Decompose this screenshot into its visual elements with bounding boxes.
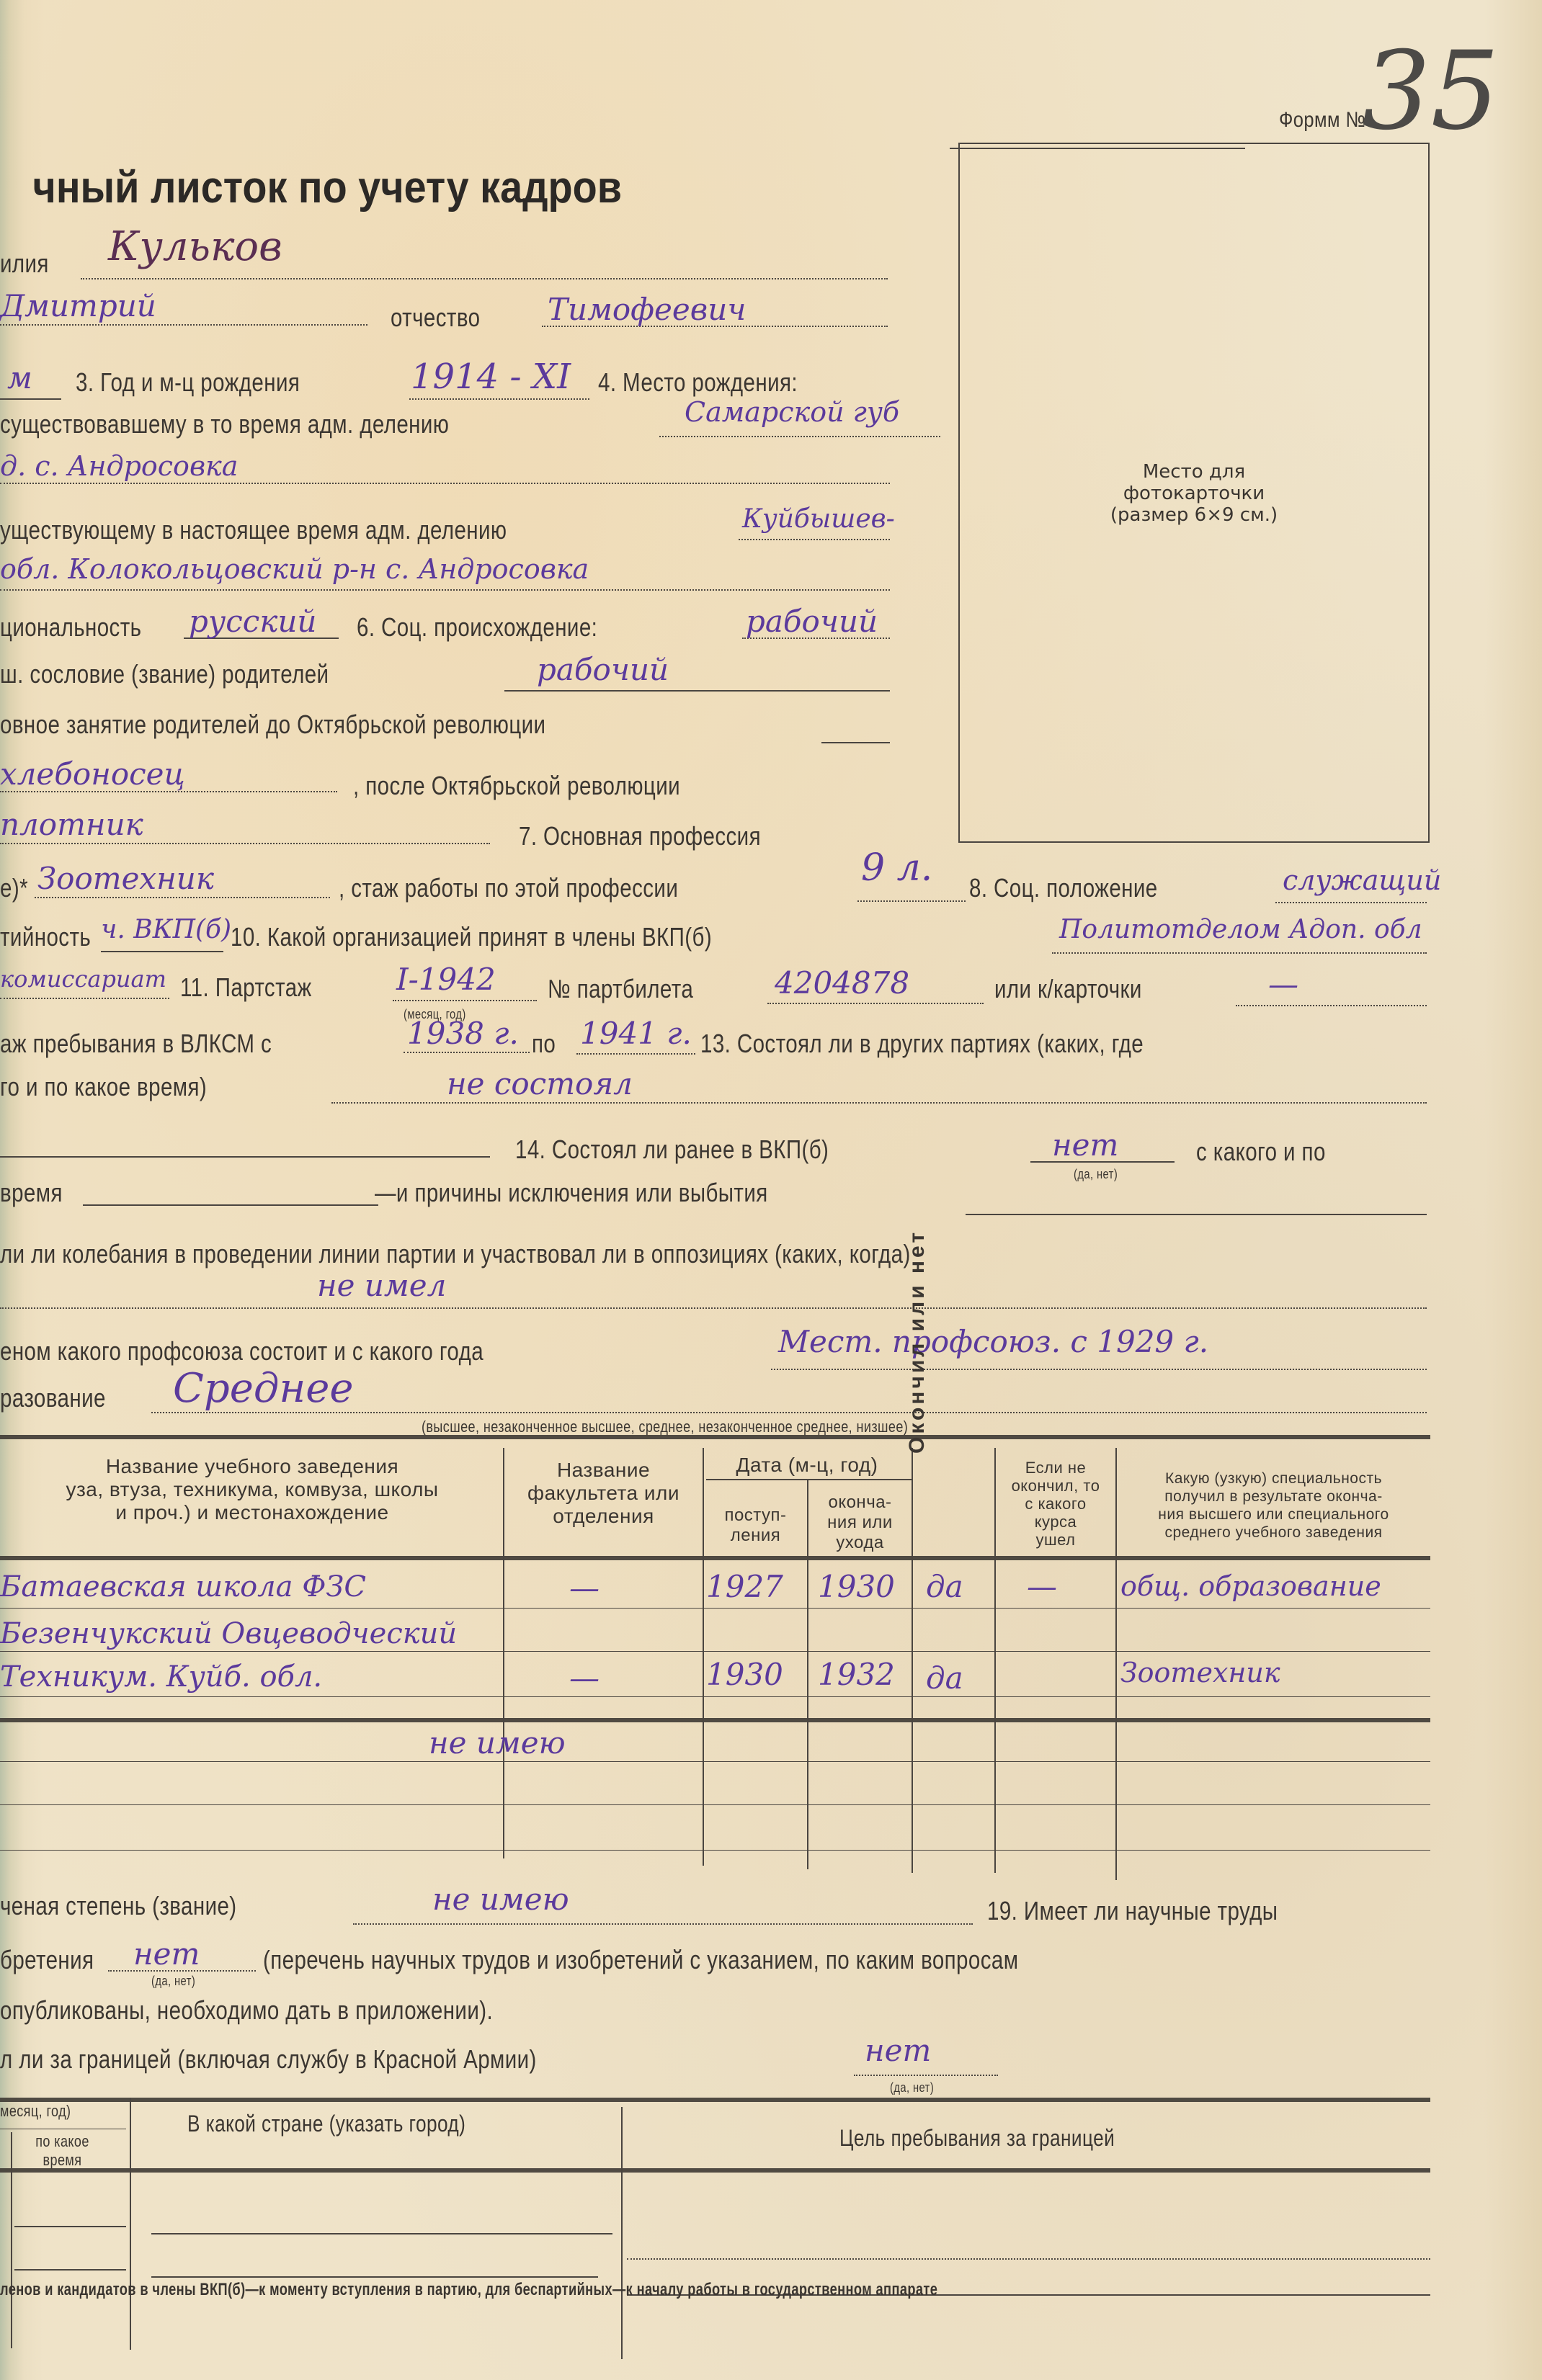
birthplace-new-value-1: Куйбышев-	[742, 504, 895, 534]
edu-row-1-specialty: общ. образование	[1120, 1570, 1381, 1602]
abroad-to-header: по какое время	[18, 2132, 107, 2170]
profession-exp-value: 9 л.	[861, 846, 932, 890]
edu-header-course-left: Если не окончил, то с какого курса ушел	[996, 1459, 1115, 1549]
works-label: 19. Имеет ли научные труды	[987, 1896, 1278, 1926]
parents-after-label: , после Октябрьской революции	[353, 771, 680, 801]
edu-header-faculty-1: Название	[504, 1459, 703, 1482]
union-label: еном какого профсоюза состоит и с какого…	[0, 1336, 483, 1366]
edu-header-graduated: Окончил или нет	[905, 1353, 930, 1454]
parents-after-line	[0, 843, 490, 844]
degree-line	[353, 1923, 973, 1925]
education-line	[151, 1412, 1427, 1413]
edu-header-course-left-1: Если не	[996, 1459, 1115, 1477]
abroad-date-group-rule	[0, 2129, 126, 2129]
edu-header-date-group: Дата (м-ц, год)	[703, 1454, 912, 1477]
inventions-note: (перечень научных трудов и изобретений с…	[263, 1945, 1018, 1975]
komsomol-to-label: по	[532, 1029, 556, 1059]
candidate-card-line	[1236, 1005, 1427, 1006]
edu-header-faculty: Название факультета или отделения	[504, 1459, 703, 1528]
edu-row-3-faculty: —	[569, 1660, 600, 1696]
inventions-value: нет	[133, 1936, 200, 1972]
candidate-card-label: или к/карточки	[994, 974, 1142, 1004]
other-parties-line	[331, 1102, 1427, 1104]
abroad-row-1-to-line	[14, 2226, 126, 2227]
degree-value: не имею	[432, 1882, 569, 1917]
edu-header-course-left-4: курса	[996, 1513, 1115, 1531]
edu-row-1-course-left: —	[1027, 1569, 1057, 1604]
komsomol-from-line	[404, 1052, 530, 1053]
social-status-label: 8. Соц. положение	[969, 873, 1158, 903]
birth-year-value: 1914 - XI	[411, 357, 571, 397]
party-value: ч. ВКП(б)	[101, 915, 231, 944]
edu-header-date-enter-1: поступ-	[704, 1506, 807, 1526]
edu-row-line-6	[0, 1850, 1430, 1851]
opposition-label: ли ли колебания в проведении линии парти…	[0, 1239, 911, 1269]
edu-row-1-enter: 1927	[706, 1569, 783, 1604]
edu-row-line-1	[0, 1608, 1430, 1609]
profession-line	[35, 897, 330, 898]
edu-header-date-leave-2: ния или	[808, 1513, 912, 1533]
profession-label: 7. Основная профессия	[519, 821, 761, 851]
nationality-value: русский	[189, 604, 316, 639]
page-title: чный листок по учету кадров	[32, 162, 622, 213]
other-parties-label-2: го и по какое время)	[0, 1072, 207, 1102]
surname-label: илия	[0, 249, 49, 279]
photo-caption-1: Место для	[960, 461, 1428, 483]
nationality-label: циональность	[0, 612, 141, 643]
social-origin-value: рабочий	[746, 604, 878, 639]
abroad-to-header-1: по какое	[18, 2132, 107, 2151]
education-value: Среднее	[173, 1365, 354, 1412]
union-value: Мест. профсоюз. с 1929 г.	[778, 1324, 1208, 1359]
surname-line	[81, 278, 888, 279]
edu-row-3-institution: Техникум. Куйб. обл.	[0, 1660, 322, 1694]
parents-class-line	[504, 690, 890, 692]
edu-row-3-leave: 1932	[818, 1657, 895, 1692]
komsomol-to: 1941 г.	[580, 1016, 692, 1051]
abroad-col-sep-1	[130, 2098, 131, 2350]
edu-header-faculty-2: факультета или	[504, 1482, 703, 1505]
abroad-purpose-header: Цель пребывания за границей	[839, 2125, 1115, 2152]
abroad-date-header: месяц, год)	[0, 2102, 71, 2121]
abroad-table-header-rule	[0, 2168, 1430, 2173]
org-value-2: комиссариат	[0, 965, 166, 993]
parents-class-value: рабочий	[537, 652, 669, 687]
org-value-1: Политотделом Адоп. обл	[1059, 915, 1422, 944]
party-card-line	[767, 1003, 984, 1004]
edu-col-sep-4	[912, 1448, 913, 1873]
abroad-to-header-2: время	[18, 2151, 107, 2170]
abroad-table-top-rule	[0, 2098, 1430, 2102]
party-label: тийность	[0, 922, 91, 952]
prev-vkp-lead-line	[0, 1156, 490, 1158]
photo-caption-3: (размер 6×9 см.)	[960, 504, 1428, 526]
birthplace-old-value-1: Самарской губ	[685, 396, 899, 428]
edu-row-line-2	[0, 1651, 1430, 1652]
degree-label: ченая степень (звание)	[0, 1891, 237, 1921]
patronymic-label: отчество	[391, 303, 480, 333]
org-label: 10. Какой организацией принят в члены ВК…	[231, 922, 712, 952]
edu-row-1-graduated: да	[926, 1569, 963, 1604]
edu-row-1-faculty: —	[569, 1570, 600, 1606]
edu-header-date-leave-3: ухода	[808, 1533, 912, 1553]
prev-vkp-reason-line	[966, 1214, 1427, 1215]
form-number-label: Формм №	[1279, 108, 1365, 133]
inventions-hint: (да, нет)	[151, 1974, 195, 1989]
abroad-value: нет	[865, 2033, 931, 2068]
edu-header-faculty-3: отделения	[504, 1505, 703, 1528]
edu-row-3-specialty: Зоотехник	[1120, 1657, 1280, 1688]
party-line	[101, 951, 223, 952]
form-number-handwritten: 35	[1362, 29, 1499, 154]
edu-second-block-value: не имею	[429, 1725, 566, 1761]
birthplace-new-line	[739, 539, 890, 540]
social-status-line	[1275, 902, 1427, 903]
abroad-hint: (да, нет)	[890, 2080, 934, 2095]
edu-row-2-institution: Безенчукский Овцеводческий	[0, 1617, 457, 1650]
other-parties-label: 13. Состоял ли в других партиях (каких, …	[700, 1029, 1144, 1059]
abroad-row-1-purpose-line	[627, 2258, 1430, 2260]
prev-vkp-hint: (да, нет)	[1074, 1167, 1118, 1182]
abroad-row-2-country-line	[151, 2276, 598, 2278]
edu-header-institution: Название учебного заведения уза, втуза, …	[0, 1455, 504, 1524]
social-origin-label: 6. Соц. происхождение:	[357, 612, 597, 643]
social-status-value: служащий	[1283, 864, 1441, 896]
photo-caption-2: фотокарточки	[960, 483, 1428, 504]
prev-vkp-time-label: время	[0, 1178, 63, 1208]
edu-header-institution-1: Название учебного заведения	[0, 1455, 504, 1478]
abroad-row-1-country-line	[151, 2233, 612, 2234]
first-name-value: Дмитрий	[0, 288, 156, 323]
birthplace-new-value-2: обл. Колокольцовский р-н с. Андросовка	[0, 553, 589, 585]
edu-header-date-leave-1: оконча-	[808, 1493, 912, 1513]
party-card-label: № партбилета	[548, 974, 693, 1004]
opposition-value: не имел	[317, 1268, 446, 1303]
prev-vkp-value: нет	[1052, 1127, 1118, 1163]
birthplace-label: 4. Место рождения:	[598, 367, 798, 398]
edu-header-date-enter-2: ления	[704, 1526, 807, 1546]
first-name-line	[0, 324, 367, 326]
photo-placeholder: Место для фотокарточки (размер 6×9 см.)	[958, 143, 1430, 843]
edu-header-date-enter: поступ- ления	[704, 1506, 807, 1546]
edu-table-header-rule	[0, 1556, 1430, 1560]
edu-header-specialty-1: Какую (узкую) специальность	[1117, 1469, 1430, 1487]
profession-exp-line	[857, 900, 966, 902]
party-exp-line	[393, 1000, 537, 1001]
edu-header-specialty-3: ния высшего или специального	[1117, 1506, 1430, 1524]
birthplace-old-line-2	[0, 483, 890, 484]
other-parties-value: не состоял	[447, 1066, 633, 1101]
edu-header-course-left-3: с какого	[996, 1495, 1115, 1513]
edu-header-course-left-5: ушел	[996, 1531, 1115, 1549]
edu-header-specialty-2: получил в результате оконча-	[1117, 1487, 1430, 1506]
education-label: разование	[0, 1383, 106, 1413]
education-hint: (высшее, незаконченное высшее, среднее, …	[422, 1418, 908, 1436]
prev-vkp-time-line	[83, 1204, 378, 1206]
birthplace-old-label: существовавшему в то время адм. делению	[0, 409, 449, 439]
edu-row-3-graduated: да	[926, 1660, 963, 1696]
parents-class-label: ш. сословие (звание) родителей	[0, 659, 329, 689]
edu-row-line-3	[0, 1696, 1430, 1697]
abroad-line	[854, 2075, 998, 2076]
parents-after-value: плотник	[0, 807, 143, 842]
party-card-value: 4204878	[775, 965, 909, 1001]
edu-header-date-leave: оконча- ния или ухода	[808, 1493, 912, 1553]
komsomol-label: аж пребывания в ВЛКСМ с	[0, 1029, 272, 1059]
parents-before-line	[821, 742, 890, 743]
parents-before-label: овное занятие родителей до Октябрьской р…	[0, 710, 545, 740]
candidate-card-value: —	[1268, 967, 1298, 1002]
komsomol-from: 1938 г.	[407, 1016, 519, 1051]
edu-header-specialty-4: среднего учебного заведения	[1117, 1524, 1430, 1542]
abroad-col-sep-0	[11, 2132, 12, 2348]
party-exp-label: 11. Партстаж	[180, 972, 312, 1003]
edu-row-1-leave: 1930	[818, 1569, 895, 1604]
inventions-note-2: опубликованы, необходимо дать в приложен…	[0, 1995, 493, 2026]
prev-vkp-since-label: с какого и по	[1196, 1137, 1326, 1167]
edu-header-institution-3: и проч.) и местонахождение	[0, 1501, 504, 1524]
abroad-col-sep-2	[621, 2107, 623, 2359]
birthplace-new-label: уществующему в настоящее время адм. деле…	[0, 515, 507, 545]
abroad-country-header: В какой стране (указать город)	[187, 2111, 465, 2137]
party-exp-value: I-1942	[396, 962, 496, 997]
profession-exp-label: , стаж работы по этой профессии	[339, 873, 678, 903]
edu-row-1-institution: Батаевская школа ФЗС	[0, 1570, 366, 1603]
abroad-label: л ли за границей (включая службу в Красн…	[0, 2044, 537, 2075]
edu-row-line-4	[0, 1761, 1430, 1762]
birth-year-label: 3. Год и м-ц рождения	[76, 367, 300, 398]
edu-table-top-rule	[0, 1435, 1430, 1439]
birth-year-line	[409, 398, 589, 400]
edu-row-line-5	[0, 1804, 1430, 1805]
surname-value: Кульков	[108, 223, 282, 270]
edu-header-specialty: Какую (узкую) специальность получил в ре…	[1117, 1469, 1430, 1542]
org-line	[1052, 952, 1427, 954]
sex-value: м	[7, 360, 32, 395]
patronymic-value: Тимофеевич	[548, 292, 746, 327]
abroad-row-2-to-line	[14, 2269, 126, 2271]
birthplace-old-value-2: д. с. Андросовка	[0, 450, 238, 482]
profession-prefix: е)*	[0, 873, 28, 903]
opposition-line	[0, 1307, 1427, 1309]
birthplace-new-line-2	[0, 589, 890, 591]
edu-table-mid-rule	[0, 1718, 1430, 1722]
union-line	[771, 1369, 1427, 1370]
parents-before-value: хлебоносец	[0, 756, 185, 792]
komsomol-to-line	[576, 1053, 695, 1055]
profession-value: Зоотехник	[37, 861, 214, 896]
birthplace-old-line	[659, 436, 940, 437]
footnote: ленов и кандидатов в члены ВКП(б)—к моме…	[0, 2280, 937, 2300]
edu-header-institution-2: уза, втуза, техникума, комвуза, школы	[0, 1478, 504, 1501]
prev-vkp-reason-label: —и причины исключения или выбытия	[375, 1178, 768, 1208]
org-line-2	[0, 998, 169, 999]
inventions-label: бретения	[0, 1945, 94, 1975]
edu-row-3-enter: 1930	[706, 1657, 783, 1692]
edu-header-course-left-2: окончил, то	[996, 1477, 1115, 1495]
edu-date-group-rule	[706, 1479, 912, 1480]
prev-vkp-label: 14. Состоял ли ранее в ВКП(б)	[515, 1135, 829, 1165]
sex-line	[0, 398, 61, 400]
